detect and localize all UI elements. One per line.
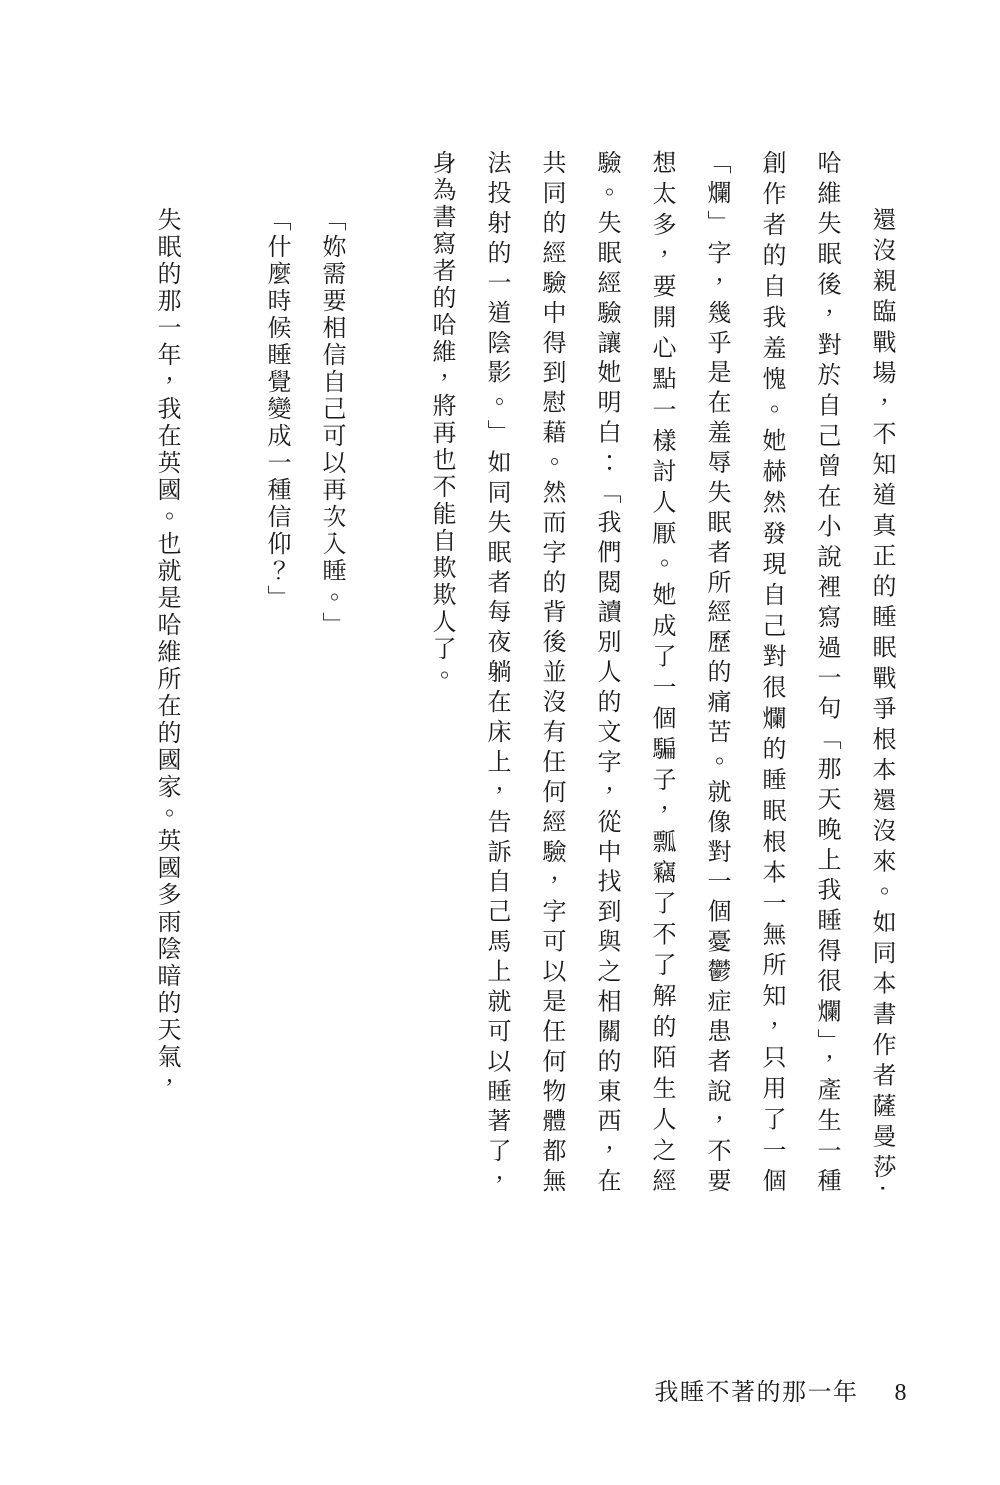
footer-page-number: 8 bbox=[895, 1380, 909, 1407]
paragraph-1-line-4: 「爛」字，幾乎是在羞辱失眠者所經歷的痛苦。就像對一個憂鬱症患者說，不要 bbox=[688, 150, 743, 1195]
book-page: 還沒親臨戰場，不知道真正的睡眠戰爭根本還沒來。如同本書作者薩曼莎‧ 哈維失眠後，… bbox=[0, 0, 1000, 1485]
paragraph-1-line-7: 共同的經驗中得到慰藉。然而字的背後並沒有任何經驗，字可以是任何物體都無 bbox=[523, 150, 578, 1195]
paragraph-1-line-6: 驗。失眠經驗讓她明白：「我們閱讀別人的文字，從中找到與之相關的東西，在 bbox=[578, 150, 633, 1195]
footer-book-title: 我睡不著的那一年 bbox=[655, 1372, 859, 1407]
paragraph-1-line-1: 還沒親臨戰場，不知道真正的睡眠戰爭根本還沒來。如同本書作者薩曼莎‧ bbox=[853, 150, 908, 1195]
paragraph-1-line-8: 法投射的一道陰影。」如同失眠者每夜躺在床上，告訴自己馬上就可以睡著了， bbox=[468, 150, 523, 1195]
body-text: 還沒親臨戰場，不知道真正的睡眠戰爭根本還沒來。如同本書作者薩曼莎‧ 哈維失眠後，… bbox=[138, 150, 908, 1195]
running-footer: 我睡不著的那一年 8 bbox=[655, 1372, 909, 1407]
paragraph-1-line-2: 哈維失眠後，對於自己曾在小說裡寫過一句「那天晚上我睡得很爛」，產生一種 bbox=[798, 150, 853, 1195]
quote-line-1: 「妳需要相信自己可以再次入睡。」 bbox=[303, 150, 358, 1195]
paragraph-1-line-3: 創作者的自我羞愧。她赫然發現自己對很爛的睡眠根本一無所知，只用了一個 bbox=[743, 150, 798, 1195]
quote-line-2: 「什麼時候睡覺變成一種信仰？」 bbox=[248, 150, 303, 1195]
paragraph-2-line-1: 失眠的那一年，我在英國。也就是哈維所在的國家。英國多雨陰暗的天氣， bbox=[138, 150, 193, 1195]
paragraph-1-line-9: 身為書寫者的哈維，將再也不能自欺欺人了。 bbox=[413, 150, 468, 1195]
paragraph-1-line-5: 想太多，要開心點一樣討人厭。她成了一個騙子，瓢竊了不了解的陌生人之經 bbox=[633, 150, 688, 1195]
